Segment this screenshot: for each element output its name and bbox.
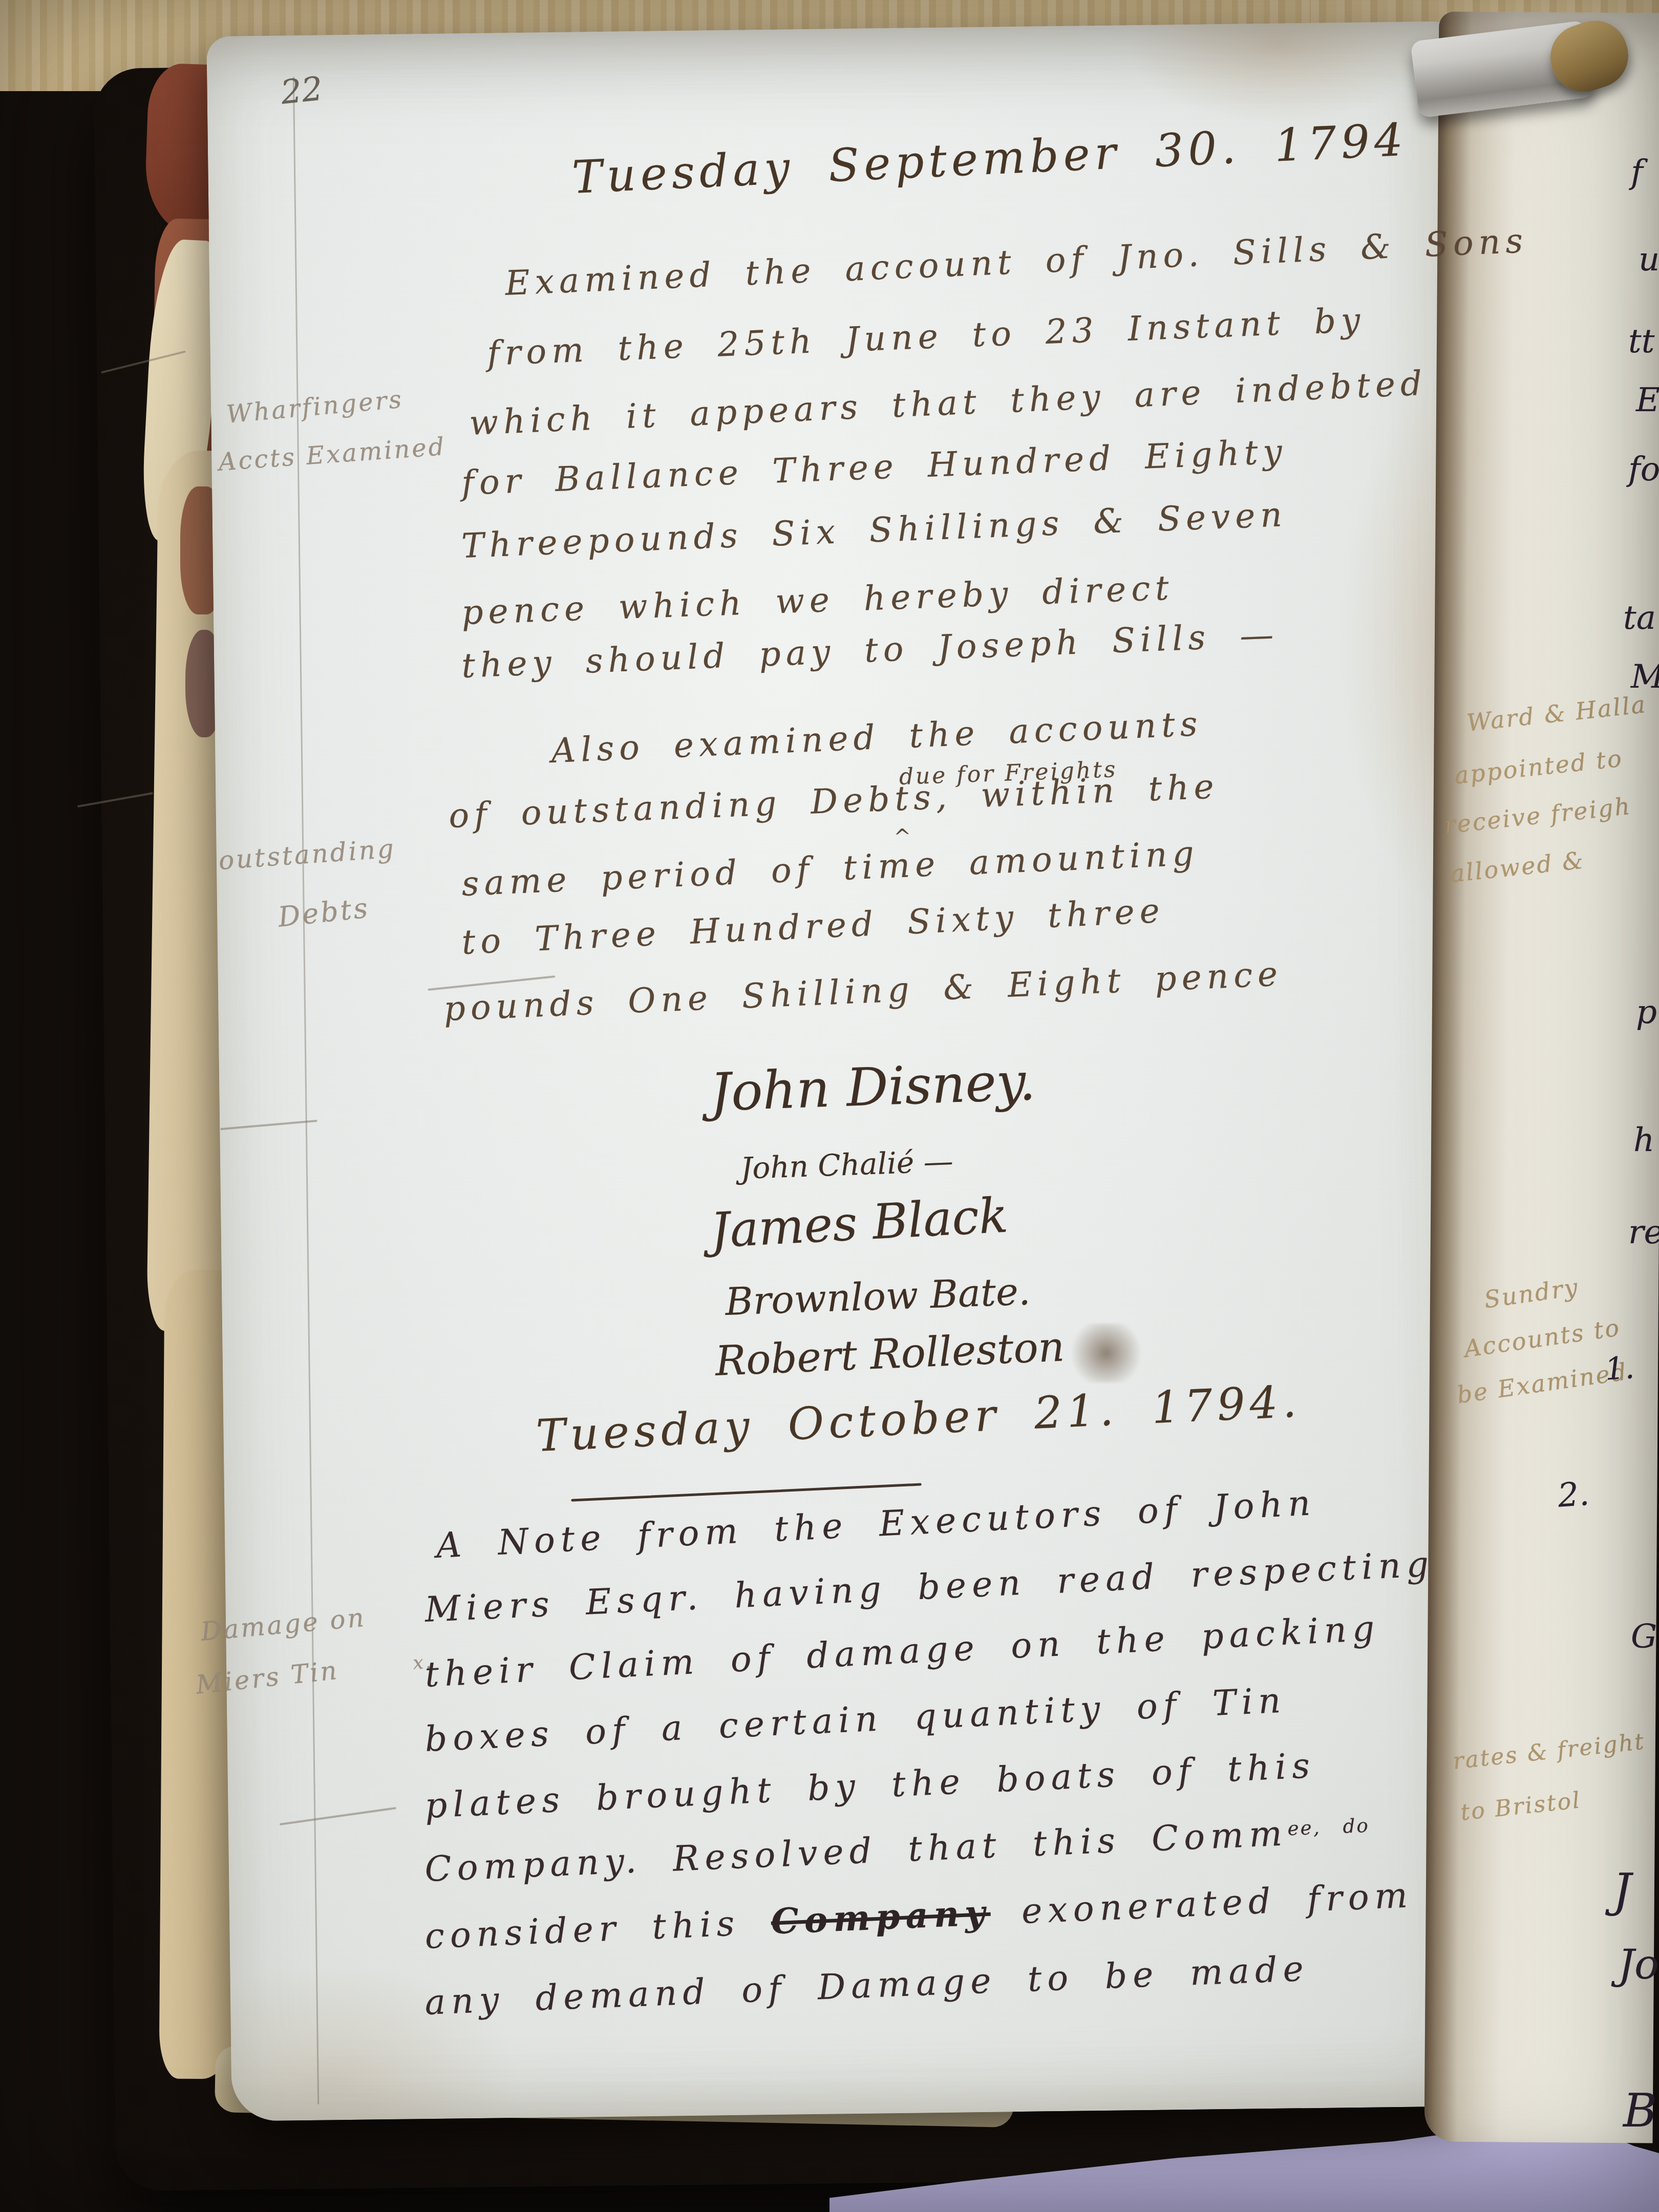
text-fragment: fo xyxy=(1628,451,1659,488)
text-fragment: tt xyxy=(1628,323,1654,360)
ink-blot xyxy=(1065,1324,1147,1382)
right-page xyxy=(1424,11,1659,2143)
page-number: 22 xyxy=(279,70,325,112)
text-fragment: p xyxy=(1636,993,1657,1031)
manuscript-photo: 22 Tuesday September 30. 1794 Examined t… xyxy=(0,0,1659,2212)
text-fragment: h xyxy=(1633,1121,1654,1159)
text-fragment: re xyxy=(1628,1214,1659,1251)
right-page-number-item: 1. xyxy=(1604,1350,1635,1388)
right-page-number-item: 2. xyxy=(1557,1475,1590,1515)
superscript-text: ee, do xyxy=(1287,1814,1370,1840)
text-fragment: Jo xyxy=(1618,1941,1659,1988)
text-fragment: M xyxy=(1631,658,1659,696)
signature: John Chalié — xyxy=(740,1143,954,1185)
text-fragment: f xyxy=(1631,154,1643,192)
text-fragment: G xyxy=(1631,1618,1657,1656)
text-fragment: u xyxy=(1639,241,1659,279)
signature: John Disney. xyxy=(709,1051,1036,1123)
text-fragment: B xyxy=(1623,2084,1657,2138)
text-fragment: J xyxy=(1613,1864,1631,1918)
text-fragment: ta xyxy=(1623,599,1656,637)
text-fragment: E xyxy=(1636,381,1659,419)
margin-note-damage-mark: x. xyxy=(412,1651,434,1674)
